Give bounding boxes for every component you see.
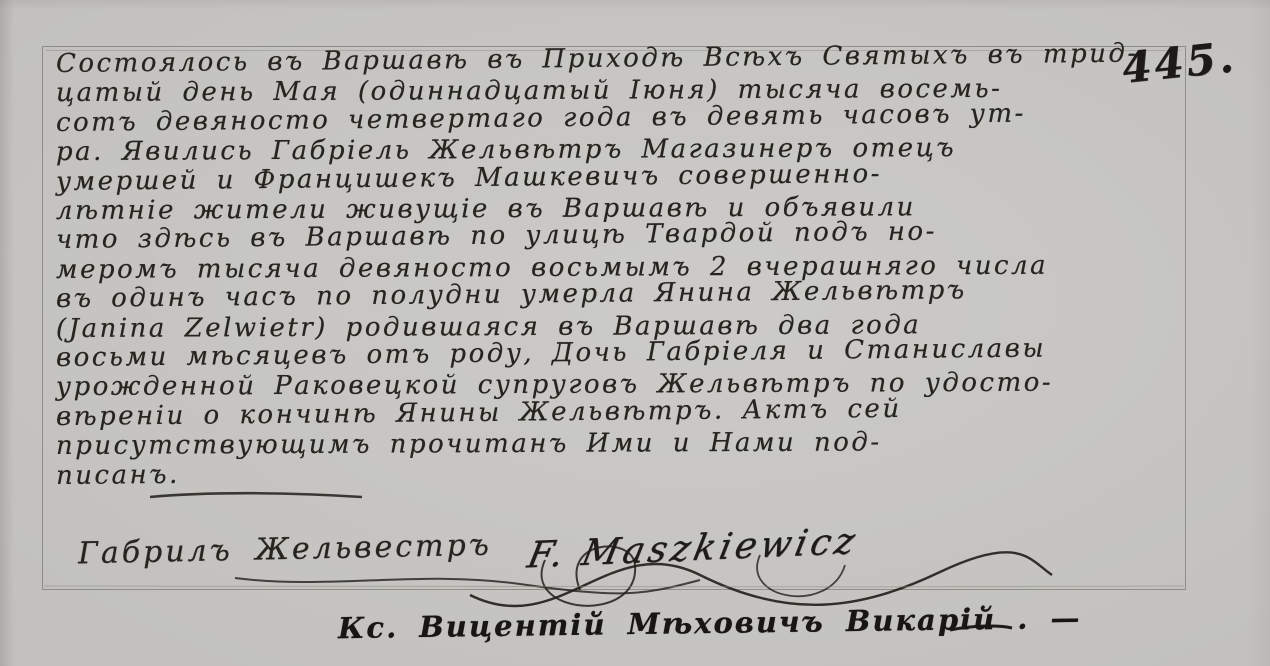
act-body-text: Состоялось въ Варшавѣ въ Приходѣ Всѣхъ С…	[56, 50, 1176, 491]
